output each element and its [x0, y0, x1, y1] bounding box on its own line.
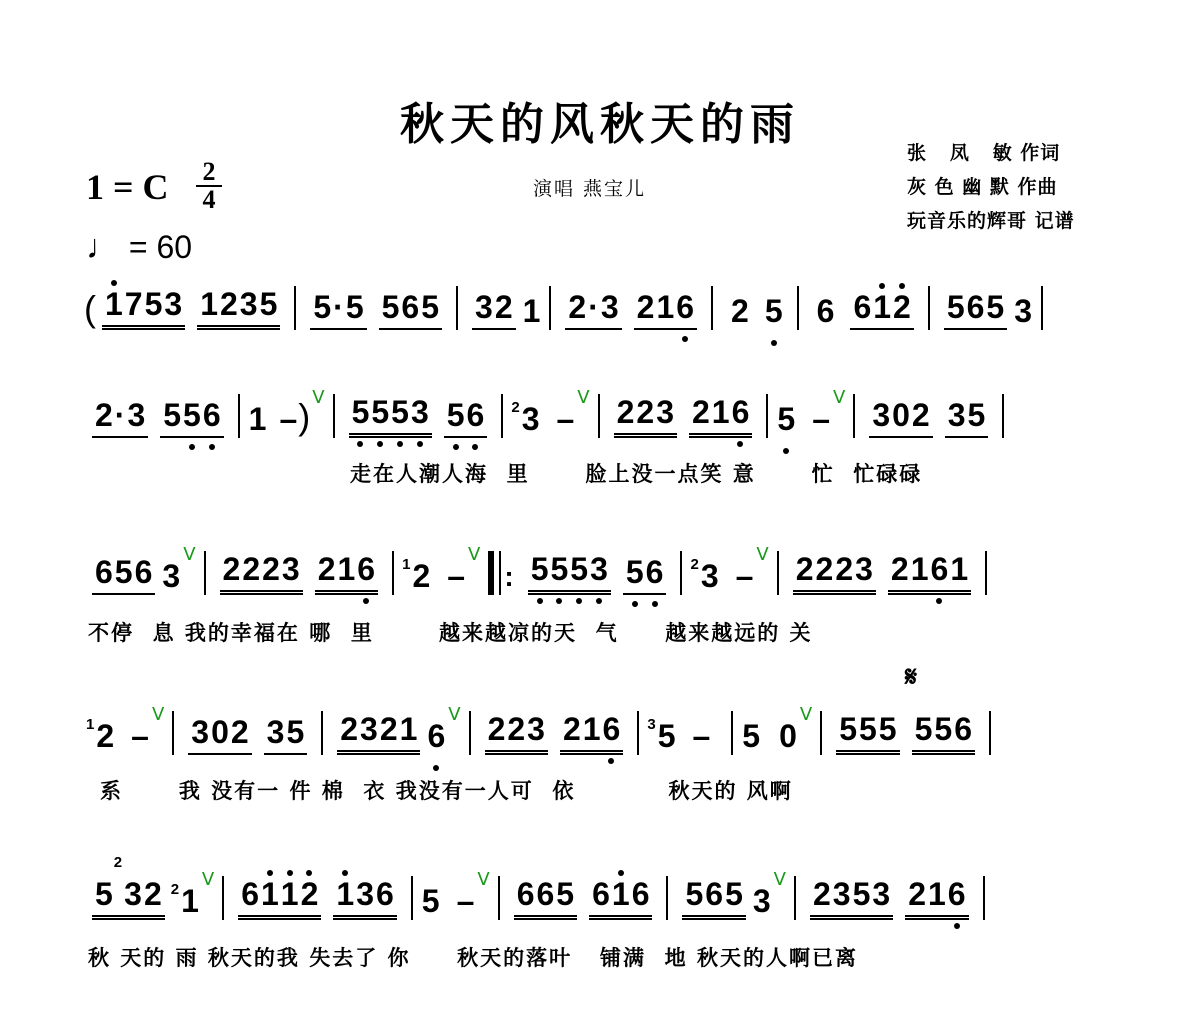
quarter-note-icon: ♩ [86, 228, 120, 266]
barline [238, 394, 240, 438]
barline [498, 876, 500, 920]
note: 5 [658, 718, 676, 755]
note-group: 612 [850, 289, 913, 330]
note: 3 [753, 883, 771, 920]
note-group: 656 [92, 554, 155, 595]
note: 6 [817, 293, 835, 330]
barline [501, 394, 503, 438]
breath-mark: V [833, 387, 845, 408]
note-group: 216 [689, 394, 752, 438]
transcriber-credit: 玩音乐的辉哥 记谱 [907, 206, 1075, 233]
breath-mark: V [756, 544, 768, 565]
note-group: 565 [944, 289, 1007, 330]
repeat-start-barline: : [488, 551, 513, 595]
breath-mark: V [183, 544, 195, 565]
note-group: 2223 [793, 551, 876, 595]
note: 1 [523, 293, 541, 330]
breath-mark: V [202, 869, 214, 890]
note-group: 216 [315, 551, 378, 595]
note-group: 555 [836, 711, 899, 755]
note-group: 56 [444, 397, 488, 438]
note: 3 [1014, 293, 1032, 330]
barline [985, 551, 987, 595]
dash: – [457, 883, 475, 920]
time-signature-top: 2 [196, 160, 222, 184]
note-group: 5553 [349, 394, 432, 438]
note-group: 665 [514, 876, 577, 920]
tempo-value: = 60 [129, 229, 192, 265]
dash: – [692, 718, 710, 755]
notation-line: 2·3 556 1 – )V 5553 56 23 –V 223 216 5 –… [86, 388, 1012, 438]
note-group: 216 [560, 711, 623, 755]
note: 5 [765, 293, 783, 330]
time-signature: 2 4 [196, 160, 222, 212]
barline [989, 711, 991, 755]
barline [680, 551, 682, 595]
note: 3 [701, 558, 719, 595]
barline [321, 711, 323, 755]
note-group: 2·3 [92, 397, 148, 438]
close-paren: ) [298, 396, 310, 438]
barline [797, 286, 799, 330]
note-group: 2321 [337, 711, 420, 755]
tempo-marking: ♩ = 60 [86, 228, 192, 267]
note-group: 5·5 [310, 289, 366, 330]
note-group: 223 [485, 711, 548, 755]
dash: – [556, 401, 574, 438]
note-group: 302 [188, 714, 251, 755]
barline [411, 876, 413, 920]
barline [853, 394, 855, 438]
note-group: 35 [945, 397, 989, 438]
open-paren: ( [84, 288, 96, 330]
barline [222, 876, 224, 920]
grace-note: 3 [647, 716, 655, 733]
composer-credit: 灰 色 幽 默 作曲 [907, 172, 1057, 199]
barline [711, 286, 713, 330]
note-group: 6112 [238, 876, 321, 920]
note-group: 35 [264, 714, 308, 755]
barline [172, 711, 174, 755]
segno-icon: 𝄋 [905, 660, 917, 694]
note-group: 216 [634, 289, 697, 330]
barline [456, 286, 458, 330]
note: 1 [249, 401, 267, 438]
barline [1002, 394, 1004, 438]
barline [598, 394, 600, 438]
note: 1 [181, 883, 199, 920]
note: 6 [427, 718, 445, 755]
grace-note: 2 [171, 881, 179, 898]
barline [392, 551, 394, 595]
notation-line: 5232 21V 6112 136 5 –V 665 616 565 3V 23… [86, 870, 993, 920]
note-group: 556 [912, 711, 975, 755]
note-group: 2·3 [565, 289, 621, 330]
dash: – [447, 558, 465, 595]
note-group: 216 [905, 876, 968, 920]
rest: 0 [779, 718, 797, 755]
barline [204, 551, 206, 595]
notation-line: 12 –V 302 35 2321 6V 223 216 35 – 5 0V 5… [86, 705, 999, 755]
barline [794, 876, 796, 920]
grace-note: 1 [402, 556, 410, 573]
note-group: 2161 [888, 551, 971, 595]
notation-line: 656 3V 2223 216 12 –V : 5553 56 23 –V 22… [86, 545, 995, 595]
breath-mark: V [800, 704, 812, 725]
lyrics-line: 秋 天的 雨 秋天的我 失去了 你 秋天的落叶 铺满 地 秋天的人啊已离 [88, 942, 858, 972]
barline [777, 551, 779, 595]
note-group: 136 [333, 876, 396, 920]
note-group: 56 [623, 554, 667, 595]
note: 5 [422, 883, 440, 920]
lyrics-line: 不停 息 我的幸福在 哪 里 越来越凉的天 气 越来越远的 关 [88, 617, 813, 647]
breath-mark: V [477, 869, 489, 890]
note-group: 2223 [220, 551, 303, 595]
dash: – [736, 558, 754, 595]
notation-line: ( 1753 1235 5·5 565 32 1 2·3 216 2 5 6 6… [84, 280, 1051, 330]
breath-mark: V [152, 704, 164, 725]
singer-credit: 演唱 燕宝儿 [533, 174, 646, 201]
barline [469, 711, 471, 755]
dash: – [279, 401, 297, 438]
note: 2 [412, 558, 430, 595]
note-group: 1753 [102, 286, 185, 330]
time-signature-bottom: 4 [196, 188, 222, 212]
lyrics-line: 系 我 没有一 件 棉 衣 我没有一人可 依 秋天的 风啊 [100, 775, 793, 805]
grace-note: 2 [511, 399, 519, 416]
note: 3 [162, 558, 180, 595]
breath-mark: V [468, 544, 480, 565]
lyricist-credit: 张 凤 敏 作词 [907, 138, 1060, 165]
note-group: 565 [379, 289, 442, 330]
note: 2 [96, 718, 114, 755]
breath-mark: V [577, 387, 589, 408]
barline [731, 711, 733, 755]
dash: – [131, 718, 149, 755]
barline [928, 286, 930, 330]
note-group: 5553 [528, 551, 611, 595]
barline [637, 711, 639, 755]
note-group: 616 [589, 876, 652, 920]
note: 5 [742, 718, 760, 755]
grace-note: 1 [86, 716, 94, 733]
note-group: 32 [472, 289, 516, 330]
breath-mark: V [448, 704, 460, 725]
note-group: 302 [869, 397, 932, 438]
breath-mark: V [312, 387, 324, 408]
key-signature: 1 = C [86, 166, 169, 208]
note-group: 556 [160, 397, 223, 438]
barline [766, 394, 768, 438]
note-group: 223 [614, 394, 677, 438]
note-group: 2353 [810, 876, 893, 920]
barline [333, 394, 335, 438]
note: 2 [731, 293, 749, 330]
grace-note: 2 [690, 556, 698, 573]
note-group: 565 [682, 876, 745, 920]
note: 3 [522, 401, 540, 438]
barline [549, 286, 551, 330]
lyrics-line: 走在人潮人海 里 脸上没一点笑 意 忙 忙碌碌 [350, 458, 922, 488]
note: 5 [777, 401, 795, 438]
breath-mark: V [774, 869, 786, 890]
barline [983, 876, 985, 920]
dash: – [812, 401, 830, 438]
note-group: 5232 [92, 876, 165, 920]
barline [294, 286, 296, 330]
note-group: 1235 [197, 286, 280, 330]
barline [820, 711, 822, 755]
barline [666, 876, 668, 920]
barline [1041, 286, 1043, 330]
